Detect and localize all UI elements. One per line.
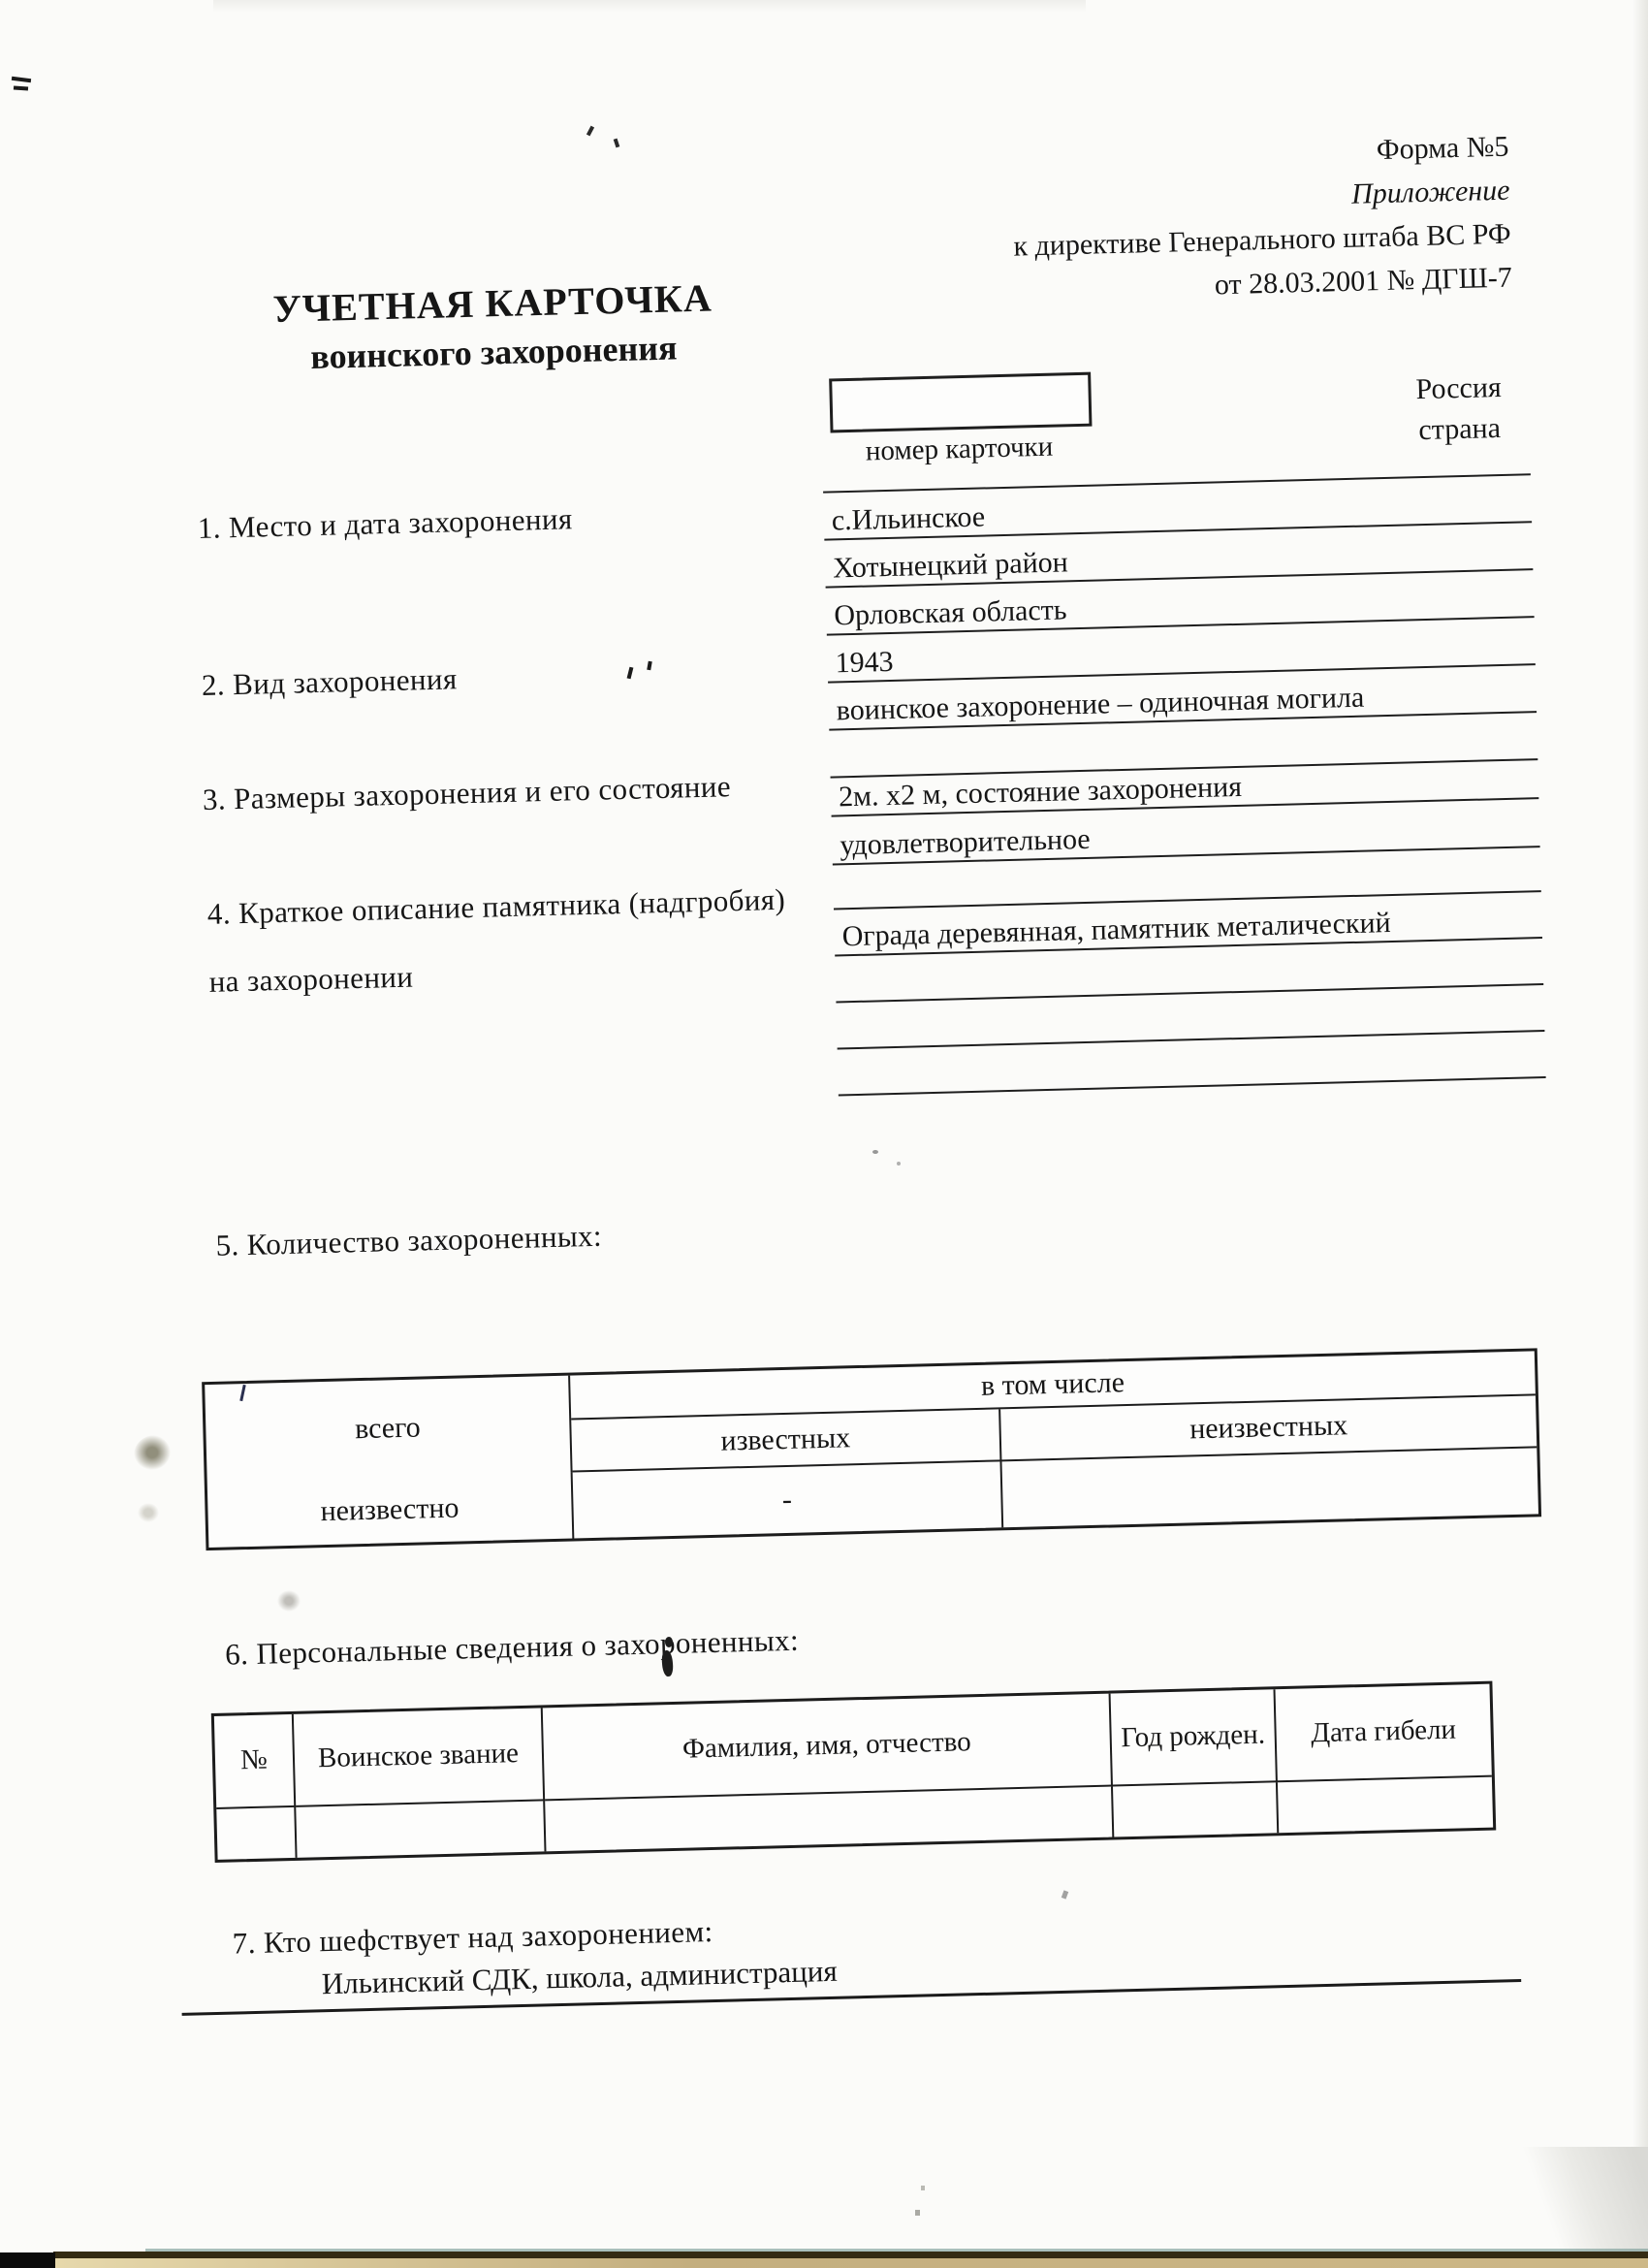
scanner-edge-shadow-right (1632, 0, 1648, 2268)
persons-table-cell (296, 1801, 546, 1857)
scan-speck (897, 1162, 901, 1166)
scanned-burial-registration-card: Форма №5 Приложение к директиве Генераль… (0, 0, 1648, 2268)
count-table-value-total: неизвестно (207, 1473, 575, 1549)
field3-label: 3. Размеры захоронения и его состояние (202, 769, 731, 817)
scanner-strip (53, 2258, 1648, 2268)
persons-table-cell (1113, 1782, 1279, 1837)
scanner-edge-shadow-top (213, 0, 1086, 13)
monument-description-write-in-lines: Ограда деревянная, памятник металический (833, 846, 1546, 1096)
page-content: Форма №5 Приложение к директиве Генераль… (0, 0, 1648, 2267)
persons-table-cell (216, 1807, 297, 1860)
field5-label: 5. Количество захороненных: (215, 1219, 602, 1263)
persons-table-header-name: Фамилия, имя, отчество (543, 1694, 1113, 1802)
burial-count-table: всего в том числе известных неизвестных … (202, 1348, 1541, 1550)
persons-table-header-death-date: Дата гибели (1276, 1684, 1492, 1783)
field2-label: 2. Вид захоронения (202, 661, 458, 703)
card-number-box (829, 372, 1092, 433)
scan-speck (872, 1150, 878, 1154)
field7-label: 7. Кто шефствует над захоронением: (232, 1914, 713, 1962)
field7-value: Ильинский СДК, школа, администрация (321, 1954, 838, 2001)
title-line-2: воинского захоронения (212, 325, 776, 380)
field1-label: 1. Место и дата захоронения (197, 501, 573, 546)
persons-table-header-rank: Воинское звание (294, 1708, 545, 1806)
field6-label: 6. Персональные сведения о захороненных: (225, 1623, 800, 1673)
count-table-header-total: всего (205, 1376, 572, 1483)
scan-speck (921, 2186, 925, 2190)
field4-label-line1: 4. Краткое описание памятника (надгробия… (206, 882, 785, 932)
field4-label-line2: на захоронении (208, 960, 413, 1000)
smudge (277, 1590, 301, 1612)
page-corner-shadow (1483, 2147, 1648, 2252)
persons-table-header-number: № (214, 1714, 296, 1809)
form-header: Форма №5 Приложение к директиве Генераль… (1011, 125, 1513, 312)
scanner-strip (53, 2252, 1648, 2258)
place-and-type-write-in-lines: с.Ильинское Хотынецкий район Орловская о… (822, 428, 1537, 778)
scan-speck (915, 2210, 920, 2216)
count-table-value-unknown (1001, 1448, 1538, 1527)
persons-table-header-birth-year: Год рожден. (1111, 1689, 1278, 1786)
country-value: Россия (1372, 367, 1545, 411)
buried-persons-table: № Воинское звание Фамилия, имя, отчество… (211, 1681, 1496, 1863)
persons-table-cell (1278, 1777, 1493, 1834)
smudge (138, 1503, 159, 1522)
scanner-strip (0, 2252, 55, 2268)
title-line-1: УЧЕТНАЯ КАРТОЧКА (211, 273, 775, 334)
document-title: УЧЕТНАЯ КАРТОЧКА воинского захоронения (211, 273, 776, 380)
ink-blot (665, 1637, 673, 1647)
count-table-value-known: - (573, 1461, 1004, 1538)
